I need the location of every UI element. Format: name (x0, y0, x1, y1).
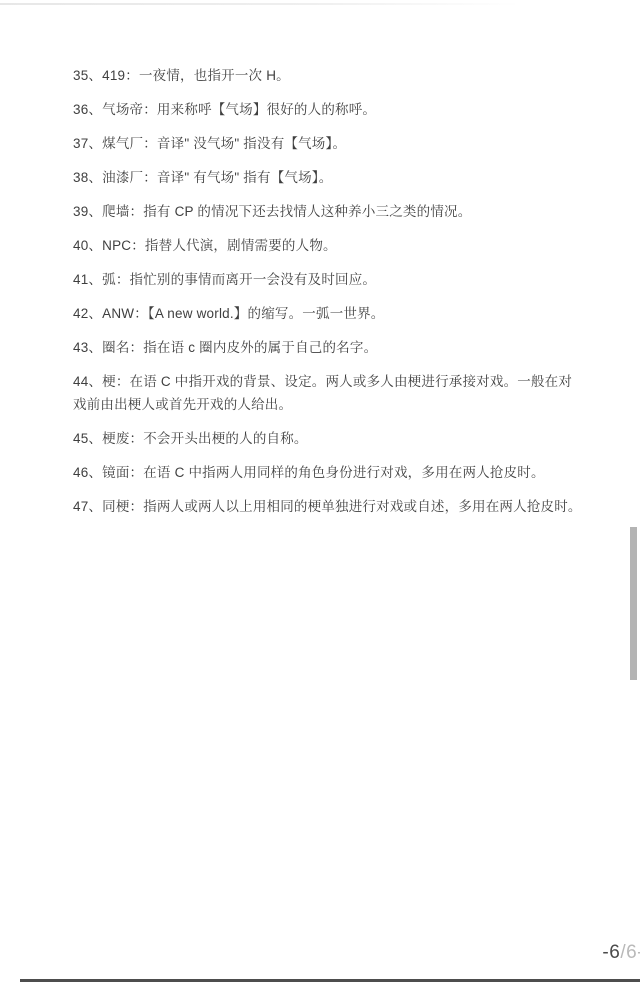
glossary-item: 35、419：一夜情，也指开一次 H。 (73, 64, 585, 87)
glossary-item: 43、圈名：指在语 c 圈内皮外的属于自己的名字。 (73, 336, 585, 359)
glossary-item: 36、气场帝：用来称呼【气场】很好的人的称呼。 (73, 98, 585, 121)
top-divider (0, 3, 520, 5)
glossary-item: 38、油漆厂：音译" 有气场" 指有【气场】。 (73, 166, 585, 189)
glossary-item: 37、煤气厂：音译" 没气场" 指没有【气场】。 (73, 132, 585, 155)
glossary-item: 46、镜面：在语 C 中指两人用同样的角色身份进行对戏，多用在两人抢皮时。 (73, 461, 585, 484)
glossary-item: 45、梗废：不会开头出梗的人的自称。 (73, 427, 585, 450)
page-number-total: /6- (620, 942, 640, 963)
glossary-item: 47、同梗：指两人或两人以上用相同的梗单独进行对戏或自述，多用在两人抢皮时。 (73, 495, 585, 518)
glossary-item: 44、梗：在语 C 中指开戏的背景、设定。两人或多人由梗进行承接对戏。一般在对戏… (73, 370, 585, 416)
page-indicator: -6/6- (602, 941, 640, 965)
document-body: 35、419：一夜情，也指开一次 H。 36、气场帝：用来称呼【气场】很好的人的… (73, 64, 585, 529)
glossary-item: 41、弧：指忙别的事情而离开一会没有及时回应。 (73, 268, 585, 291)
page-number-current: -6 (602, 942, 620, 963)
glossary-item: 42、ANW：【A new world.】的缩写。一弧一世界。 (73, 302, 585, 325)
glossary-item: 40、NPC：指替人代演，剧情需要的人物。 (73, 234, 585, 257)
glossary-item: 39、爬墙：指有 CP 的情况下还去找情人这种养小三之类的情况。 (73, 200, 585, 223)
scrollbar-thumb[interactable] (630, 527, 637, 680)
